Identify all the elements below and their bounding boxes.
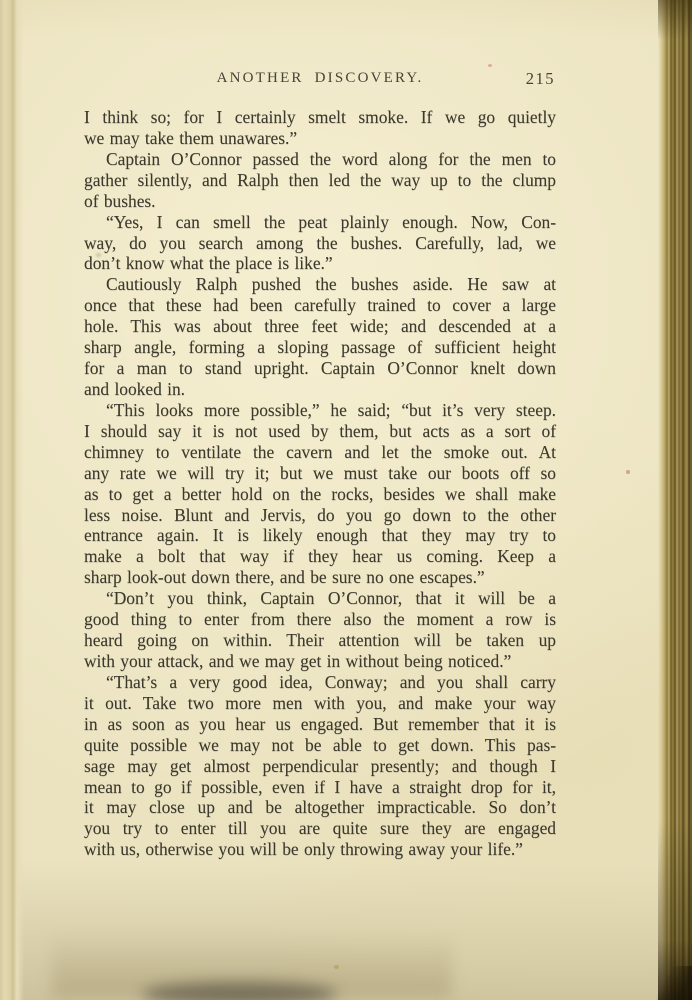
corner-shadow	[640, 966, 692, 1000]
text-line: Captain O’Connor passed the word along f…	[84, 149, 556, 170]
book-page-scan: ANOTHER DISCOVERY. 215 I think so; for I…	[0, 0, 692, 1000]
text-line: chimney to ventilate the cavern and let …	[84, 442, 556, 463]
text-line: good thing to enter from there also the …	[84, 609, 556, 630]
paper-speck	[488, 64, 492, 67]
text-line: it out. Take two more men with you, and …	[84, 693, 556, 714]
text-line: I think so; for I certainly smelt smoke.…	[84, 107, 556, 128]
text-line: “Yes, I can smell the peat plainly enoug…	[84, 212, 556, 233]
text-line: less noise. Blunt and Jervis, do you go …	[84, 505, 556, 526]
chapter-title: ANOTHER DISCOVERY.	[84, 70, 556, 87]
text-line: we may take them unawares.”	[84, 128, 556, 149]
text-line: “This looks more possible,” he said; “bu…	[84, 400, 556, 421]
text-line: hole. This was about three feet wide; an…	[84, 316, 556, 337]
text-line: it may close up and be altogether imprac…	[84, 797, 556, 818]
text-line: don’t know what the place is like.”	[84, 253, 556, 274]
running-head: ANOTHER DISCOVERY. 215	[84, 69, 556, 91]
text-line: any rate we will try it; but we must tak…	[84, 463, 556, 484]
text-line: with your attack, and we may get in with…	[84, 651, 556, 672]
text-line: “Don’t you think, Captain O’Connor, that…	[84, 588, 556, 609]
paragraph: “Don’t you think, Captain O’Connor, that…	[84, 588, 556, 672]
text-line: way, do you search among the bushes. Car…	[84, 233, 556, 254]
paragraph: “That’s a very good idea, Conway; and yo…	[84, 672, 556, 860]
text-line: I should say it is not used by them, but…	[84, 421, 556, 442]
text-line: “That’s a very good idea, Conway; and yo…	[84, 672, 556, 693]
paragraph: “Yes, I can smell the peat plainly enoug…	[84, 212, 556, 275]
text-line: for a man to stand upright. Captain O’Co…	[84, 358, 556, 379]
text-line: sage may get almost perpendicular presen…	[84, 756, 556, 777]
binding-edge	[0, 0, 24, 1000]
text-line: Cautiously Ralph pushed the bushes aside…	[84, 274, 556, 295]
text-line: as to get a better hold on the rocks, be…	[84, 484, 556, 505]
text-line: entrance again. It is likely enough that…	[84, 525, 556, 546]
paper-speck	[626, 470, 630, 474]
paragraph: I think so; for I certainly smelt smoke.…	[84, 107, 556, 149]
text-line: sharp look-out down there, and be sure n…	[84, 567, 556, 588]
text-line: once that these had been carefully train…	[84, 295, 556, 316]
text-line: with us, otherwise you will be only thro…	[84, 839, 556, 860]
text-line: of bushes.	[84, 191, 556, 212]
page-number: 215	[526, 69, 555, 89]
text-line: mean to go if possible, even if I have a…	[84, 777, 556, 798]
text-block: I think so; for I certainly smelt smoke.…	[84, 107, 556, 860]
page-edges	[658, 0, 692, 1000]
text-line: heard going on within. Their attention w…	[84, 630, 556, 651]
paper-speck	[334, 965, 339, 969]
paragraph: Captain O’Connor passed the word along f…	[84, 149, 556, 212]
paragraph: “This looks more possible,” he said; “bu…	[84, 400, 556, 588]
scan-shadow-core	[142, 982, 337, 1000]
paper-speck	[96, 253, 101, 257]
text-line: make a bolt that way if they hear us com…	[84, 546, 556, 567]
text-line: in as soon as you hear us engaged. But r…	[84, 714, 556, 735]
text-line: sharp angle, forming a sloping passage o…	[84, 337, 556, 358]
paragraph: Cautiously Ralph pushed the bushes aside…	[84, 274, 556, 400]
text-line: and looked in.	[84, 379, 556, 400]
text-line: gather silently, and Ralph then led the …	[84, 170, 556, 191]
text-line: quite possible we may not be able to get…	[84, 735, 556, 756]
text-line: you try to enter till you are quite sure…	[84, 818, 556, 839]
